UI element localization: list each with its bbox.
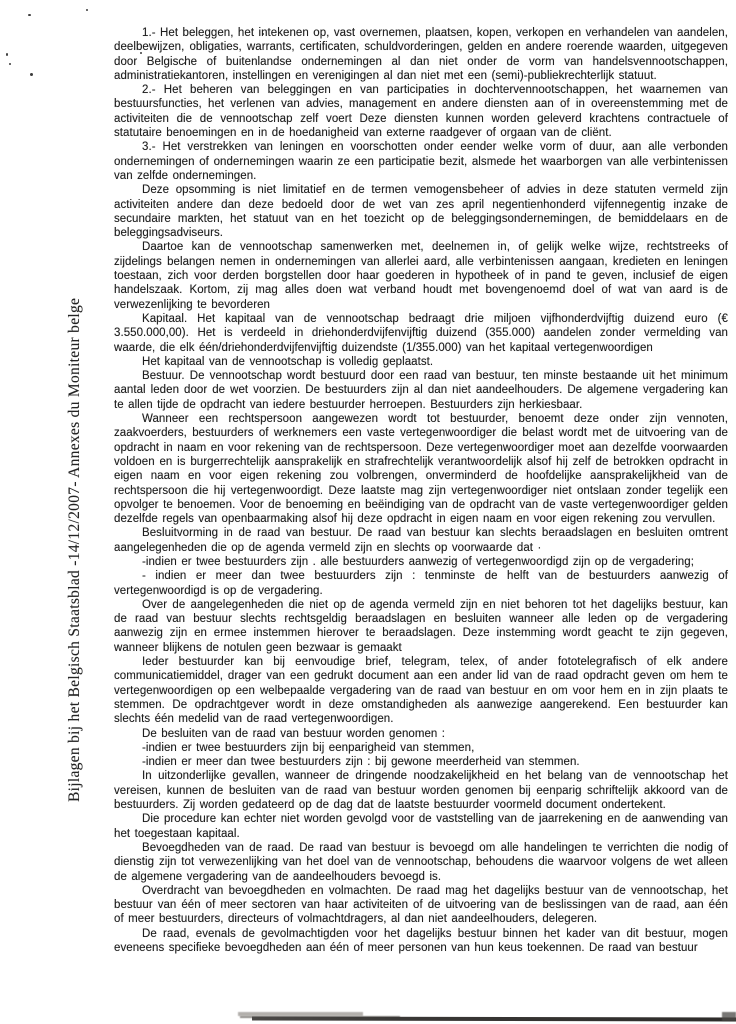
paragraph: - indien er meer dan twee bestuurders zi… (114, 569, 728, 598)
paragraph: Besluitvorming in de raad van bestuur. D… (114, 526, 728, 555)
paragraph: Deze opsomming is niet limitatief en de … (114, 183, 728, 240)
paragraph: In uitzonderlijke gevallen, wanneer de d… (114, 769, 728, 812)
paragraph: Wanneer een rechtspersoon aangewezen wor… (114, 412, 728, 526)
paragraph: -indien er twee bestuurders zijn bij een… (114, 741, 728, 755)
paragraph: Over de aangelegenheden die niet op de a… (114, 598, 728, 655)
paragraph: De raad, evenals de gevolmachtigden voor… (114, 927, 728, 956)
paragraph: De besluiten van de raad van bestuur wor… (114, 727, 728, 741)
paragraph: Ieder bestuurder kan bij eenvoudige brie… (114, 655, 728, 726)
scan-edge-artifact (252, 1016, 736, 1021)
paragraph: Kapitaal. Het kapitaal van de vennootsch… (114, 312, 728, 355)
paragraph: Die procedure kan echter niet worden gev… (114, 812, 728, 841)
paragraph: -indien er meer dan twee bestuurders zij… (114, 755, 728, 769)
scan-speckle (6, 53, 8, 56)
document-page: Bijlagen bij het Belgisch Staatsblad -14… (0, 0, 736, 1024)
scan-edge-artifact (722, 1012, 736, 1021)
paragraph: Bestuur. De vennootschap wordt bestuurd … (114, 369, 728, 412)
paragraph: -indien er twee bestuurders zijn . alle … (114, 555, 728, 569)
paragraph: Daartoe kan de vennootschap samenwerken … (114, 240, 728, 311)
document-body: 1.- Het beleggen, het intekenen op, vast… (114, 26, 728, 955)
paragraph: Overdracht van bevoegdheden en volmachte… (114, 884, 728, 927)
scan-speckle (28, 14, 31, 16)
scan-speckle (30, 73, 33, 76)
paragraph: 3.- Het verstrekken van leningen en voor… (114, 140, 728, 183)
paragraph: Bevoegdheden van de raad. De raad van be… (114, 841, 728, 884)
paragraph: 1.- Het beleggen, het intekenen op, vast… (114, 26, 728, 83)
paragraph: Het kapitaal van de vennootschap is voll… (114, 355, 728, 369)
paragraph: 2.- Het beheren van beleggingen en van p… (114, 83, 728, 140)
scan-speckle (86, 9, 88, 11)
scan-speckle (9, 63, 11, 65)
gazette-margin-caption: Bijlagen bij het Belgisch Staatsblad -14… (66, 240, 94, 860)
